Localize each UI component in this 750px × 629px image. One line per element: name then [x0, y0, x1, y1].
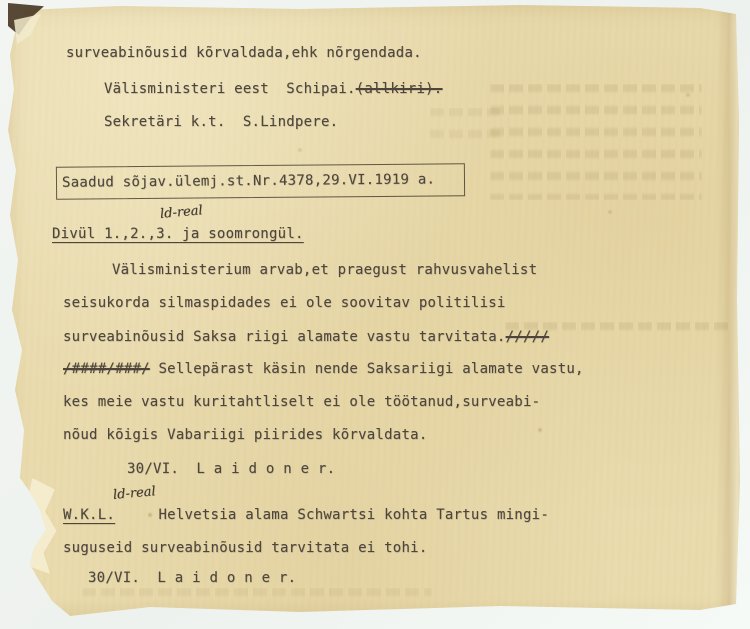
typed-line-foreign-ministry-signature: Välisministeri eest Schipai.(allkiri).	[104, 81, 442, 99]
handwritten-note: ld-real	[112, 484, 156, 503]
struck-out-characters: /####/###/	[63, 361, 150, 377]
struck-out-characters: /////	[506, 329, 549, 345]
handwritten-note: ld-real	[159, 203, 203, 222]
order2-signature-laidoner: 30/VI. L a i d o n e r.	[88, 570, 296, 588]
scanned-document-page: { "colors": { "background": "#f1f4f0", "…	[0, 0, 750, 629]
order2-line: W.K.L. Helvetsia alama Schwartsi kohta T…	[63, 507, 549, 525]
order1-paragraph-line: seisukorda silmaspidades ei ole soovitav…	[63, 295, 506, 313]
bleedthrough-text-ghost	[82, 588, 432, 604]
order1-signature-laidoner: 30/VI. L a i d o n e r.	[127, 461, 335, 479]
paper-sheet: surveabinõusid kõrvaldada,ehk nõrgendada…	[0, 0, 750, 629]
paragraph-text: Sellepärast käsin nende Saksariigi alama…	[150, 361, 584, 377]
bleedthrough-text-ghost	[490, 84, 702, 200]
order2-label-wkl: W.K.L.	[63, 507, 115, 523]
signature-text: Välisministeri eest Schipai.	[104, 81, 356, 97]
order1-addressees-heading: Divül 1.,2.,3. ja soomrongül.	[52, 226, 304, 244]
typed-line-secretary-signature: Sekretäri k.t. S.Lindpere.	[104, 114, 338, 132]
typed-line-survey-measures: surveabinõusid kõrvaldada,ehk nõrgendada…	[66, 45, 422, 63]
paragraph-text: surveabinõusid Saksa riigi alamate vastu…	[63, 329, 506, 345]
order1-paragraph-line: nõud kõigis Vabariigi piirides kõrvaldat…	[63, 427, 428, 445]
order1-paragraph-line: surveabinõusid Saksa riigi alamate vastu…	[63, 329, 549, 347]
bleedthrough-text-ghost	[430, 108, 500, 148]
struck-allkiri-text: (allkiri).	[356, 81, 443, 97]
order2-text: Helvetsia alama Schwartsi kohta Tartus m…	[115, 507, 549, 523]
order1-paragraph-line: Välisministerium arvab,et praegust rahvu…	[112, 262, 537, 280]
order1-paragraph-line: /####/###/ Sellepärast käsin nende Saksa…	[63, 361, 584, 379]
order2-line: suguseid surveabinõusid tarvitata ei toh…	[63, 540, 428, 558]
order1-paragraph-line: kes meie vastu kuritahtliselt ei ole töö…	[63, 394, 540, 412]
received-stamp-text: Saadud sõjav.ülemj.st.Nr.4378,29.VI.1919…	[57, 171, 435, 192]
torn-edge-flap	[26, 478, 58, 574]
received-stamp-box: Saadud sõjav.ülemj.st.Nr.4378,29.VI.1919…	[56, 163, 465, 200]
